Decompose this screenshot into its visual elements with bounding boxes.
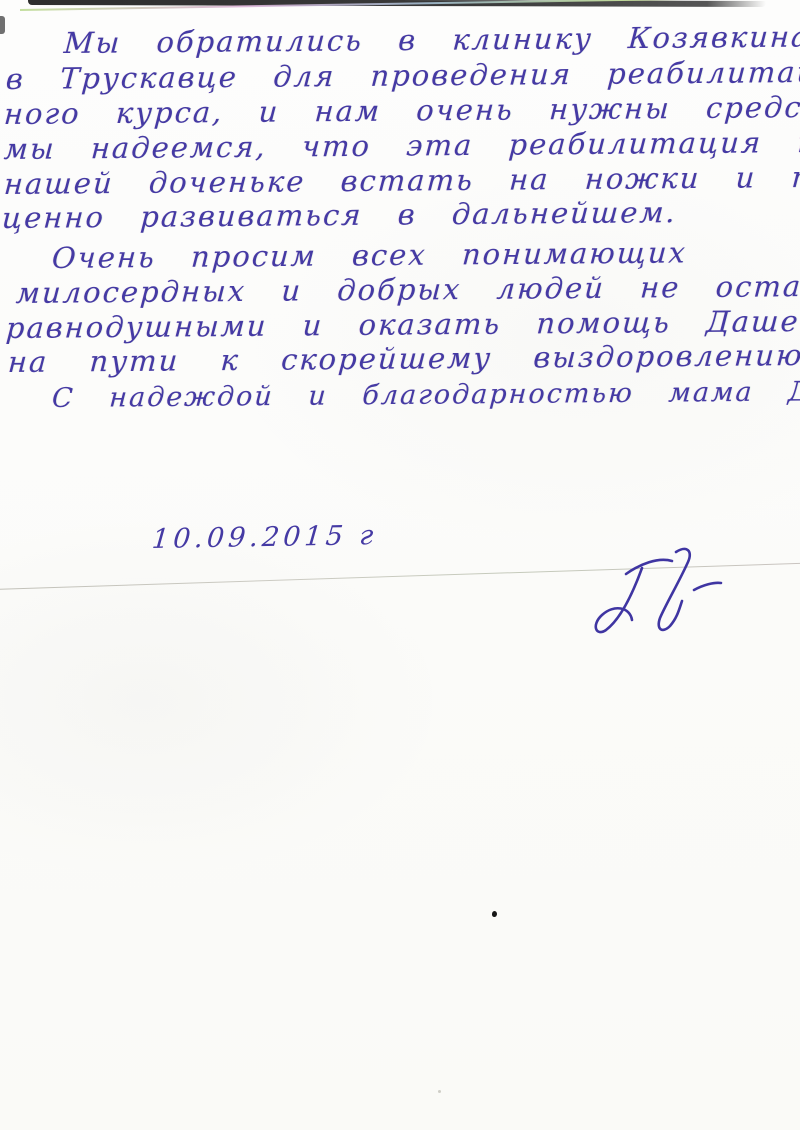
handwriting-line-11: С надеждой и благодарностью мама Даши. bbox=[51, 375, 800, 416]
handwriting-line-10: на пути к скорейшему выздоровлению! bbox=[7, 338, 800, 379]
ink-speck bbox=[492, 911, 497, 917]
handwriting-line-2: в Трускавце для проведения реабилитацион bbox=[5, 54, 800, 96]
scanner-corner-mark bbox=[0, 16, 5, 34]
handwriting-line-1: Мы обратились в клинику Козявкина— bbox=[63, 19, 800, 60]
faint-speck bbox=[438, 1090, 441, 1093]
date-text: 10.09.2015 г bbox=[151, 520, 379, 555]
scanned-letter-page: Мы обратились в клинику Козявкина— в Тру… bbox=[0, 0, 800, 1130]
handwriting-line-3: ного курса, и нам очень нужны средства, bbox=[3, 89, 800, 131]
handwriting-line-8: милосердных и добрых людей не остаться bbox=[15, 268, 800, 310]
handwriting-line-6: ценно развиваться в дальнейшем. bbox=[1, 195, 678, 235]
handwriting-line-5: нашей доченьке встать на ножки и полно- bbox=[3, 159, 800, 201]
handwriting-line-7: Очень просим всех понимающих bbox=[51, 235, 688, 275]
signature-flourish-icon bbox=[560, 544, 730, 654]
